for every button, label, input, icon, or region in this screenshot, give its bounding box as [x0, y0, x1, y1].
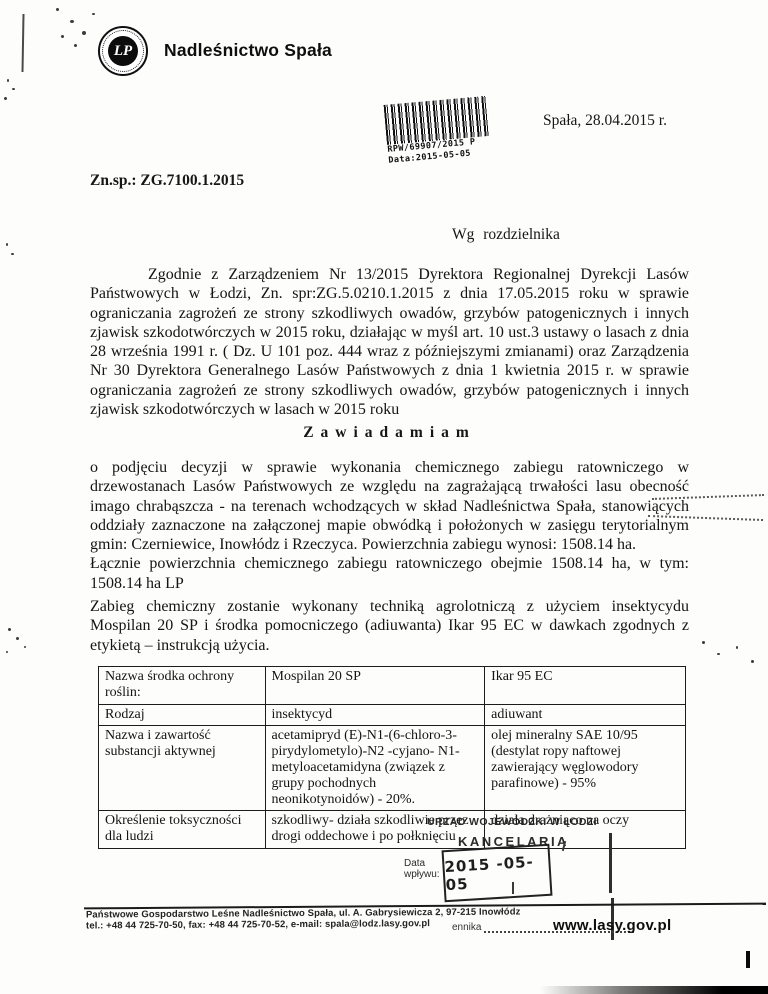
scanned-letter-page: LP Nadleśnictwo Spała RPW/69907/2015 P D…	[0, 0, 768, 994]
paragraph-decision: o podjęciu decyzji w sprawie wykonania c…	[90, 458, 689, 554]
scan-noise-speck	[751, 660, 754, 663]
scan-noise-speck	[74, 44, 77, 47]
paragraph-decision-block: o podjęciu decyzji w sprawie wykonania c…	[90, 458, 689, 593]
scan-noise-speck	[702, 641, 705, 644]
footer-contact-block: Państwowe Gospodarstwo Leśne Nadleśnictw…	[86, 907, 521, 932]
distribution-note: Wg rozdzielnika	[452, 226, 560, 244]
paragraph-legal-basis: Zgodnie z Zarządzeniem Nr 13/2015 Dyrekt…	[90, 265, 689, 419]
scan-noise-speck	[82, 31, 86, 35]
lasy-panstwowe-logo-icon: LP	[98, 26, 148, 76]
scan-shadow-bar	[540, 986, 768, 994]
place-and-date: Spała, 28.04.2015 r.	[543, 112, 667, 130]
row-label-toxicity: Określenie toksyczności dla ludzi	[99, 811, 266, 849]
scan-noise-speck	[16, 637, 19, 640]
scan-noise-speck	[11, 253, 14, 255]
cell-ikar-substance: olej mineralny SAE 10/95 (destylat ropy …	[485, 726, 686, 811]
scan-noise-speck	[717, 653, 720, 655]
row-label-active-substance: Nazwa i zawartość substancji aktywnej	[99, 726, 266, 811]
scan-noise-speck	[12, 88, 15, 90]
table-row: Nazwa i zawartość substancji aktywnej ac…	[99, 726, 686, 811]
row-label-product-name: Nazwa środka ochrony roślin:	[99, 667, 266, 705]
table-row: Określenie toksyczności dla ludzi szkodl…	[99, 811, 686, 849]
cell-ikar-type: adiuwant	[485, 704, 686, 726]
cell-mospilan-name: Mospilan 20 SP	[265, 667, 485, 705]
scan-noise-speck	[70, 20, 74, 23]
stamp-border-line	[609, 833, 612, 893]
stamp-date-value: 2015 -05- 05	[442, 844, 553, 902]
paragraph-total-area: Łącznie powierzchnia chemicznego zabiegu…	[90, 554, 689, 593]
scan-noise-speck	[61, 35, 64, 38]
row-label-type: Rodzaj	[99, 704, 266, 726]
table-row: Nazwa środka ochrony roślin: Mospilan 20…	[99, 667, 686, 705]
scan-noise-speck	[4, 97, 7, 100]
scan-noise-speck	[7, 79, 9, 82]
scan-edge-mark	[746, 951, 750, 968]
scan-noise-speck	[6, 651, 8, 653]
cell-ikar-name: Ikar 95 EC	[485, 667, 686, 705]
table-row: Rodzaj insektycyd adiuwant	[99, 704, 686, 726]
scan-noise-speck	[56, 8, 59, 11]
registration-barcode: RPW/69907/2015 P Data:2015-05-05	[384, 95, 501, 166]
reference-number: Zn.sp.: ZG.7100.1.2015	[90, 172, 244, 190]
stamp-office-name: URZĄD WOJEWÓDZKI W ŁODZI	[427, 816, 597, 828]
scan-noise-speck	[24, 646, 26, 648]
pesticide-table: Nazwa środka ochrony roślin: Mospilan 20…	[98, 666, 686, 849]
cell-mospilan-type: insektycyd	[265, 704, 485, 726]
footer-website: www.lasy.gov.pl	[553, 917, 671, 934]
scan-noise-speck	[8, 628, 11, 631]
scan-noise-speck	[736, 646, 738, 649]
notice-heading: Zawiadamiam	[90, 424, 689, 442]
lp-monogram: LP	[108, 36, 138, 66]
paragraph-treatment: Zabieg chemiczny zostanie wykonany techn…	[90, 597, 689, 655]
letterhead-title: Nadleśnictwo Spała	[164, 40, 332, 61]
scan-noise-line	[21, 14, 24, 72]
stamp-ink-mark	[512, 882, 514, 894]
scan-noise-speck	[92, 13, 95, 15]
scan-noise-speck	[6, 243, 8, 246]
cell-mospilan-substance: acetamipryd (E)-N1-(6-chloro-3-pirydylom…	[265, 726, 485, 811]
